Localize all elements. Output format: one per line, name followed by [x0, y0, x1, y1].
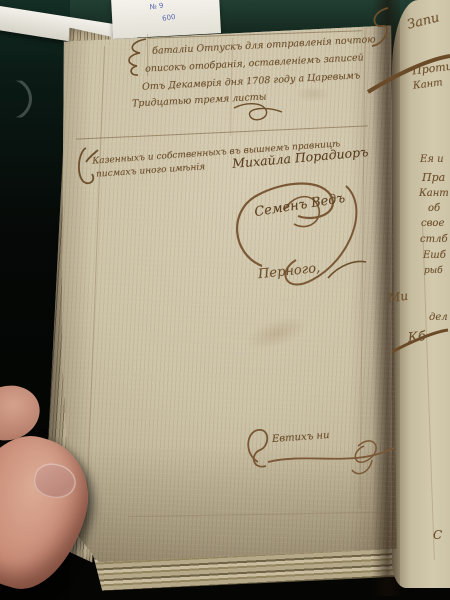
right-page-line: Кб — [407, 329, 426, 346]
right-page-line: Кант — [419, 188, 449, 199]
flourish-pervogo-swash — [326, 258, 368, 282]
flourish-right-swirl — [366, 2, 394, 50]
archival-slip: № 9 600 — [111, 0, 221, 39]
right-page-line: Ея и — [420, 154, 444, 165]
flourish-bottom-signature — [240, 416, 396, 480]
right-page-line: С — [433, 528, 442, 542]
slip-note-number: № 9 — [149, 2, 164, 12]
manuscript-photo: № 9 600 баталiи Отпускъ для отправленiя … — [0, 0, 450, 600]
slip-note-value: 600 — [162, 13, 176, 23]
right-page-line: Пра — [422, 171, 445, 184]
right-page-line: стлб — [420, 234, 448, 245]
right-page-line: дел — [429, 312, 448, 323]
flourish-underline — [232, 100, 284, 126]
right-page-line: рыб — [424, 266, 443, 276]
right-page-line: Ми — [387, 289, 409, 306]
right-page-line: свое — [421, 218, 444, 229]
right-page-line: об — [428, 203, 440, 214]
right-page-line: Ешб — [423, 250, 446, 261]
